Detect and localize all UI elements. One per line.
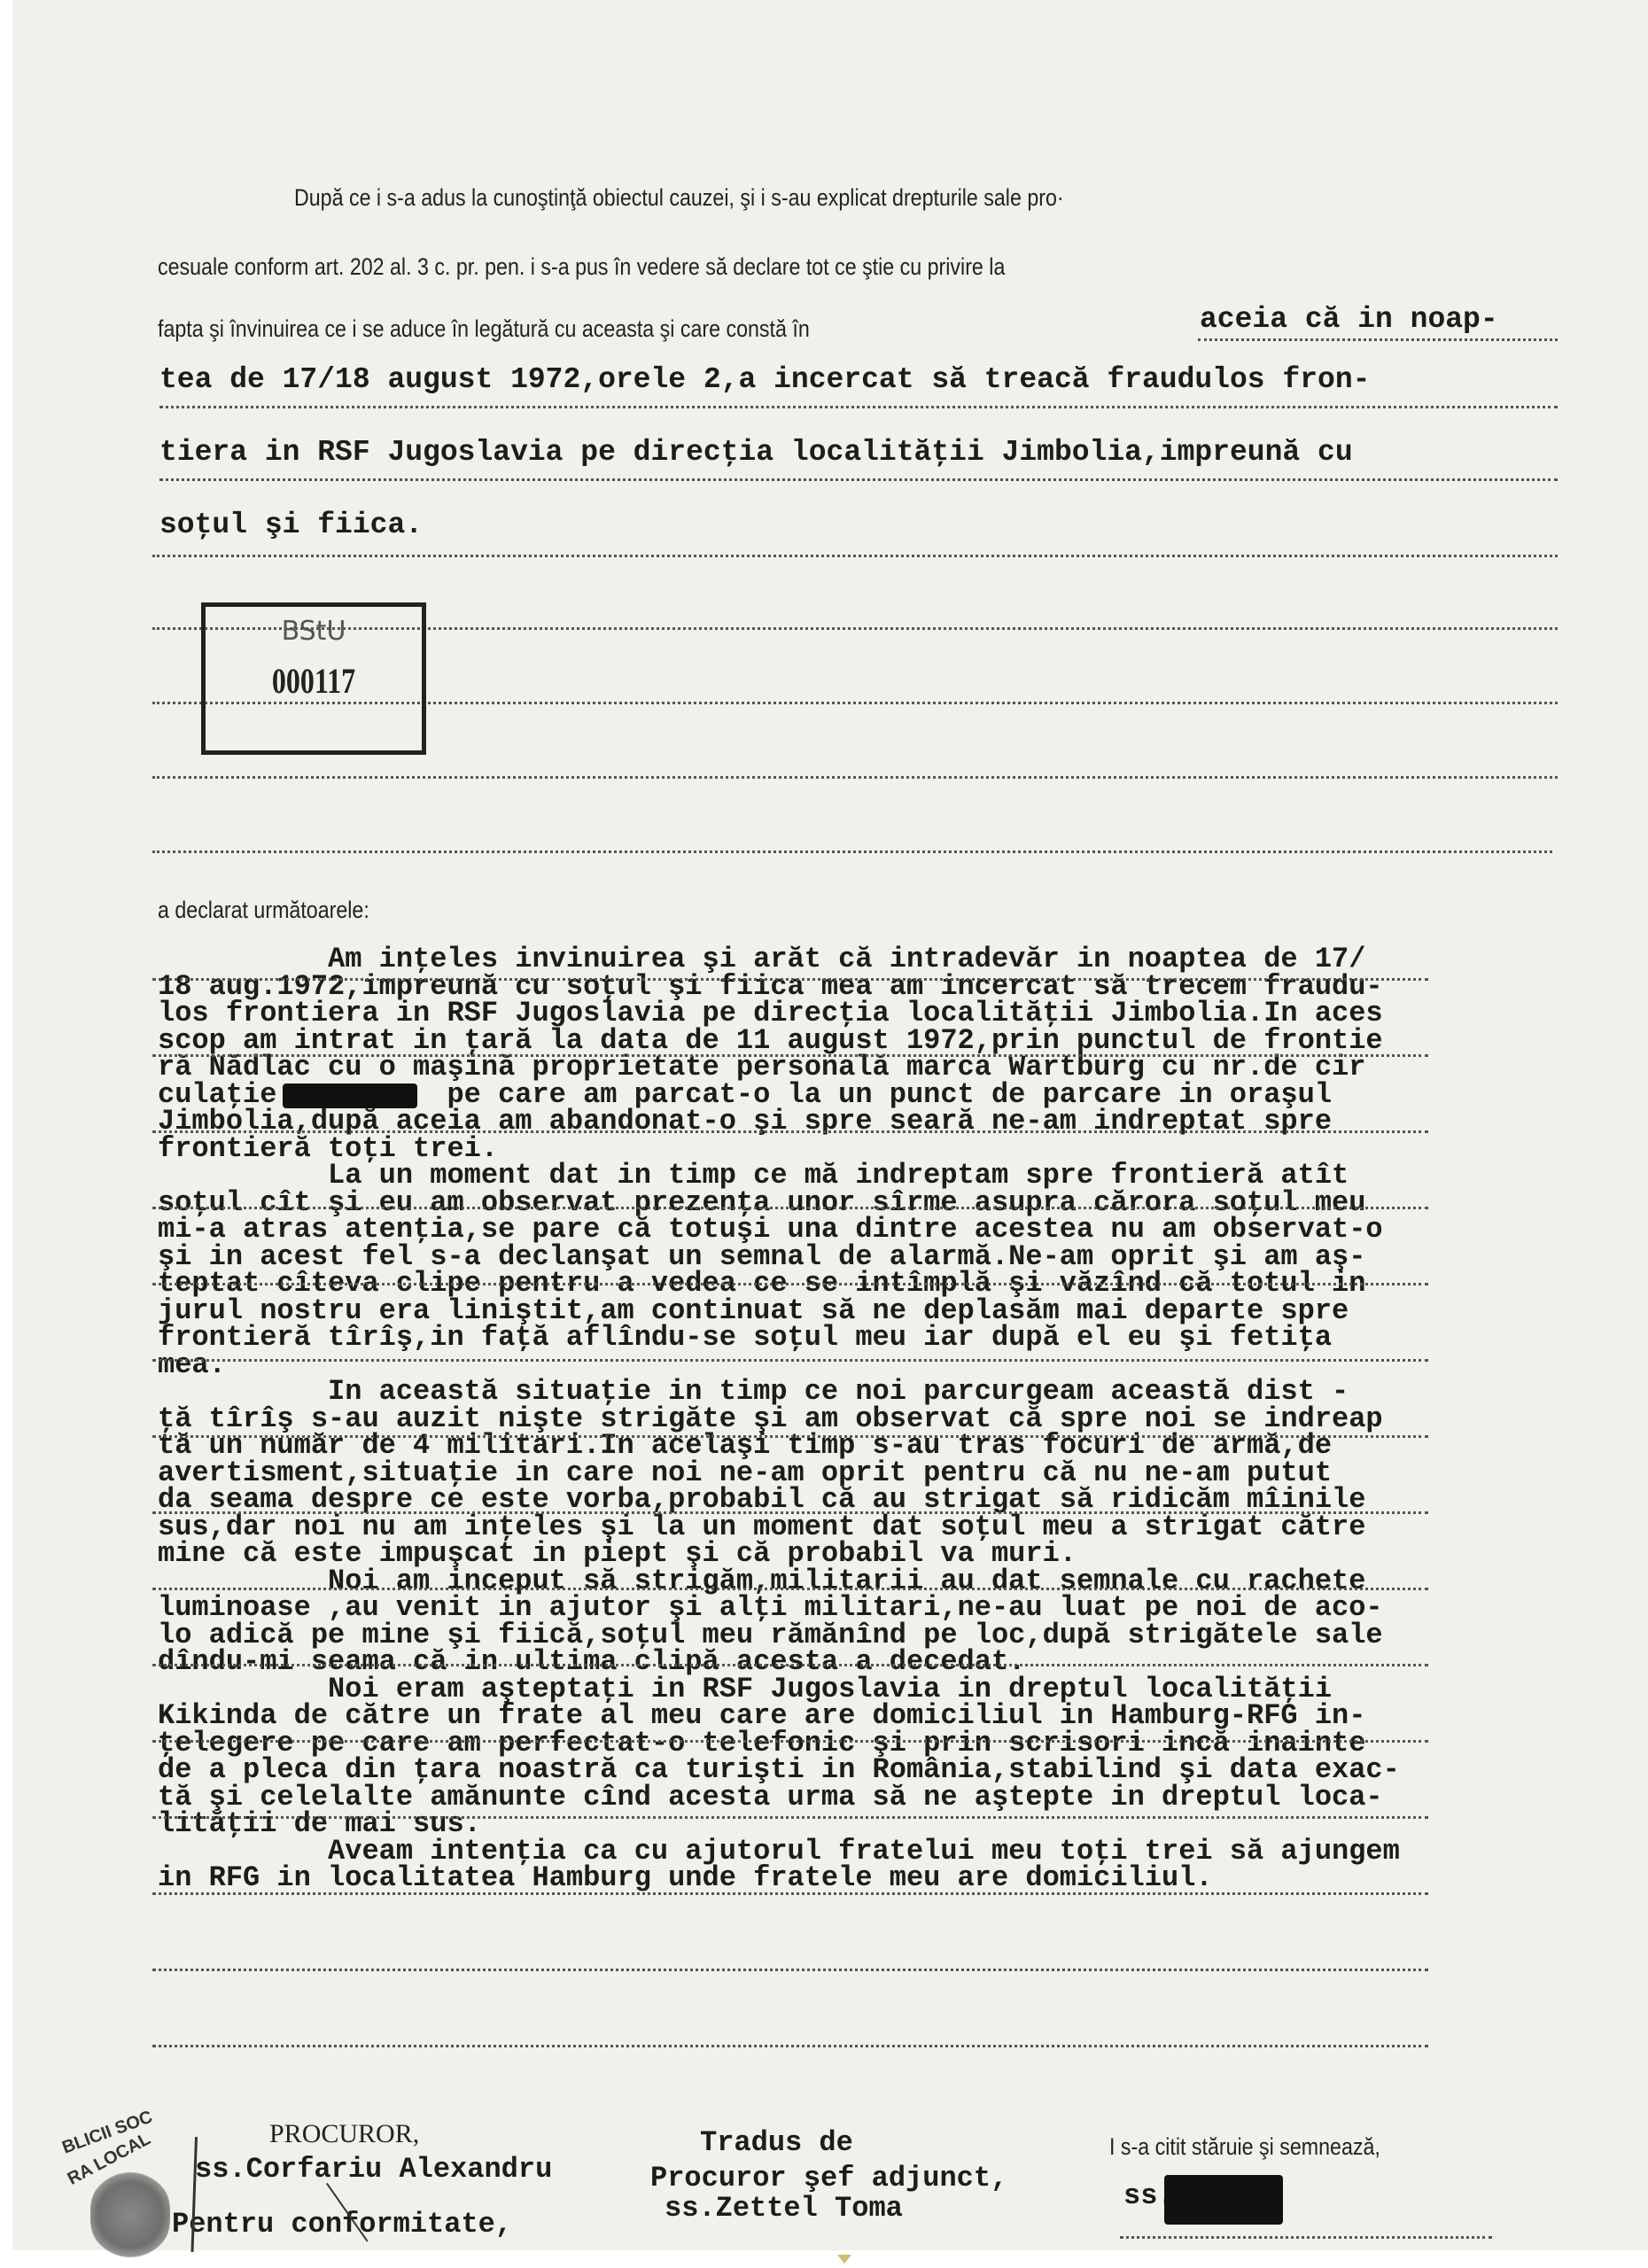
statement-line: Noi am inceput să strigăm,militarii au d… xyxy=(158,1568,1365,1595)
form-intro-line-3: fapta şi învinuirea ce i se aduce în leg… xyxy=(158,315,810,343)
accusation-line: tiera in RSF Jugoslavia pe direcţia loca… xyxy=(159,436,1353,469)
statement-line: lo adică pe mine şi fiică,soţul meu rămă… xyxy=(158,1622,1383,1649)
dotted-rule xyxy=(152,776,1558,779)
dotted-rule xyxy=(152,1130,1428,1133)
prosecutor-name: ss.Corfariu Alexandru xyxy=(195,2153,552,2186)
dotted-rule xyxy=(159,478,1558,481)
seal-emblem-icon xyxy=(90,2171,170,2259)
statement-line: Kikinda de către un frate al meu care ar… xyxy=(158,1703,1365,1729)
statement-line: mine că este impuşcat in piept şi că pro… xyxy=(158,1541,1077,1567)
dotted-rule xyxy=(152,978,1428,981)
statement-line: da seama despre ce este vorba,probabil c… xyxy=(158,1487,1365,1513)
dotted-rule xyxy=(152,1511,1428,1514)
accusation-line: aceia că in noap- xyxy=(1200,303,1498,336)
statement-line: los frontiera in RSF Jugoslavia pe direc… xyxy=(158,1000,1383,1027)
redaction-block xyxy=(283,1084,417,1108)
dotted-rule xyxy=(1198,338,1558,341)
form-intro-line-2: cesuale conform art. 202 al. 3 c. pr. pe… xyxy=(158,253,1005,281)
dotted-rule xyxy=(152,1207,1428,1209)
statement-line: şi in acest fel s-a declanşat un semnal … xyxy=(158,1244,1365,1270)
deputy-title: Procuror şef adjunct, xyxy=(650,2162,1007,2194)
read-note: I s-a citit stăruie şi semnează, xyxy=(1109,2133,1380,2161)
signature-dotted-rule xyxy=(1120,2236,1492,2239)
statement-line: La un moment dat in timp ce mă indreptam… xyxy=(158,1162,1349,1189)
statement-line: dîndu-mi seama că in ultima clipă acesta… xyxy=(158,1649,1025,1675)
page-marker-icon xyxy=(837,2255,851,2264)
deputy-name: ss.Zettel Toma xyxy=(665,2192,903,2225)
dotted-rule xyxy=(152,1435,1428,1438)
dotted-rule xyxy=(152,1892,1428,1895)
statement-line: Noi eram aşteptaţi in RSF Jugoslavia in … xyxy=(158,1676,1332,1703)
accusation-line: tea de 17/18 august 1972,orele 2,a incer… xyxy=(159,363,1370,396)
declared-label: a declarat următoarele: xyxy=(158,897,369,924)
document-page: După ce i s-a adus la cunoştinţă obiectu… xyxy=(12,0,1648,2250)
dotted-rule xyxy=(152,1969,1428,1971)
dotted-rule xyxy=(159,406,1558,408)
statement-line: avertisment,situaţie in care noi ne-am o… xyxy=(158,1460,1332,1487)
dotted-rule xyxy=(152,1359,1428,1362)
statement-line: mea. xyxy=(158,1352,226,1379)
statement-line: mi-a atras atenţia,se pare că totuşi una… xyxy=(158,1216,1383,1243)
dotted-rule xyxy=(152,1816,1428,1819)
conformity-note: Pentru conformitate, xyxy=(172,2208,512,2241)
dotted-rule xyxy=(152,1283,1428,1285)
statement-line: in RFG in localitatea Hamburg unde frate… xyxy=(158,1865,1213,1891)
statement-line: frontieră toţi trei. xyxy=(158,1136,498,1162)
statement-line: frontieră tîrîş,in faţă aflîndu-se soţul… xyxy=(158,1324,1332,1351)
archive-stamp: BStU 000117 xyxy=(201,602,426,755)
statement-line: ră Nădlac cu o maşină proprietate person… xyxy=(158,1054,1365,1081)
dotted-rule xyxy=(152,1588,1428,1590)
statement-line: luminoase ,au venit in ajutor şi alţi mi… xyxy=(158,1595,1383,1621)
statement-line: de a pleca din ţara noastră ca turişti i… xyxy=(158,1757,1400,1783)
official-seal: BLICII SOC RA LOCAL xyxy=(55,2117,179,2264)
statement-line: ţelegere pe care am perfectat-o telefoni… xyxy=(158,1730,1365,1757)
statement-line: jurul nostru era liniştit,am continuat s… xyxy=(158,1298,1349,1324)
dotted-rule xyxy=(152,1740,1428,1743)
dotted-rule xyxy=(152,850,1552,853)
form-intro-line-1: După ce i s-a adus la cunoştinţă obiectu… xyxy=(294,184,1064,212)
statement-line: Aveam intenţia ca cu ajutorul fratelui m… xyxy=(158,1838,1400,1865)
accusation-line: soţul şi fiica. xyxy=(159,509,423,541)
statement-line: ţă tîrîş s-au auzit nişte strigăte şi am… xyxy=(158,1406,1383,1433)
statement-line: lităţii de mai sus. xyxy=(158,1811,481,1837)
dotted-rule xyxy=(152,2045,1428,2047)
stamp-number: 000117 xyxy=(227,660,400,702)
statement-line: scop am intrat in ţară la data de 11 aug… xyxy=(158,1028,1383,1054)
statement-line: tă şi celelalte amănunte cînd acesta urm… xyxy=(158,1784,1383,1811)
dotted-rule xyxy=(152,1664,1428,1666)
statement-line: 18 aug.1972,impreună cu soţul şi fiica m… xyxy=(158,974,1383,1000)
dotted-rule xyxy=(152,1054,1428,1057)
prosecutor-title: PROCUROR, xyxy=(269,2119,419,2149)
dotted-rule xyxy=(152,555,1558,557)
stamp-label: BStU xyxy=(206,616,422,647)
statement-line: Am inţeles invinuirea şi arăt că intrade… xyxy=(158,946,1365,973)
statement-line: soţul cît şi eu am observat prezenţa uno… xyxy=(158,1190,1365,1216)
translated-by: Tradus de xyxy=(700,2126,853,2159)
statement-line: In această situaţie in timp ce noi parcu… xyxy=(158,1379,1349,1405)
redaction-block xyxy=(1164,2175,1283,2225)
statement-line: sus,dar noi nu am inţeles şi la un momen… xyxy=(158,1514,1365,1541)
